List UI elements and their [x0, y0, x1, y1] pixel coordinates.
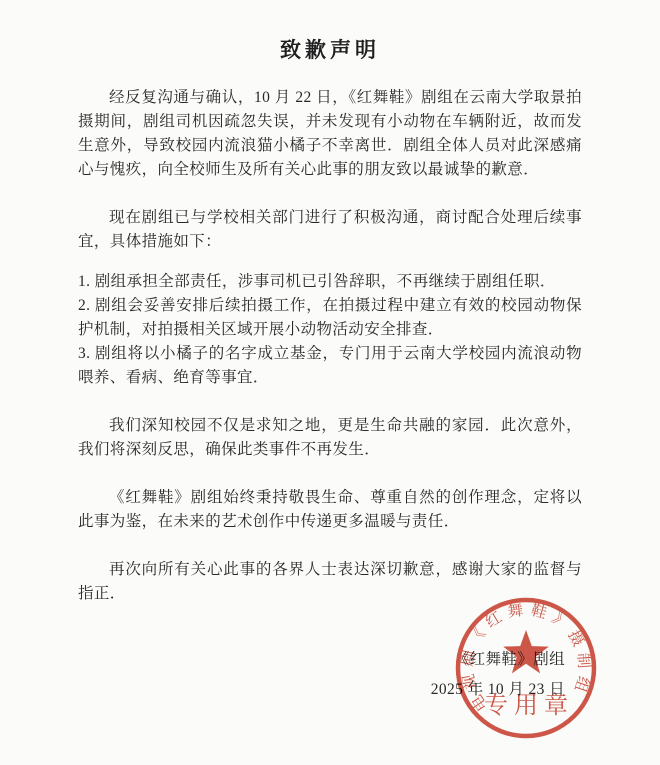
- document-title-text: 致歉声明: [280, 38, 380, 62]
- reflection-paragraph: 我们深知校园不仅是求知之地，更是生命共融的家园．此次意外，我们将深刻反思，确保此…: [78, 414, 582, 462]
- signature-block: 《红舞鞋》剧组 2025 年 10 月 23 日: [431, 645, 565, 705]
- measures-lead-paragraph: 现在剧组已与学校相关部门进行了积极沟通，商讨配合处理后续事宜，具体措施如下：: [78, 206, 582, 254]
- measure-item-3: 3. 剧组将以小橘子的名字成立基金，专门用于云南大学校园内流浪动物喂养、看病、绝…: [78, 342, 582, 390]
- apology-document-page: 致歉声明 经反复沟通与确认，10 月 22 日，《红舞鞋》剧组在云南大学取景拍摄…: [0, 0, 660, 765]
- apology-paragraph-intro: 经反复沟通与确认，10 月 22 日，《红舞鞋》剧组在云南大学取景拍摄期间，剧组…: [78, 86, 582, 182]
- document-title: 致歉声明: [78, 34, 582, 64]
- measure-item-2: 2. 剧组会妥善安排后续拍摄工作，在拍摄过程中建立有效的校园动物保护机制，对拍摄…: [78, 294, 582, 342]
- measures-list: 1. 剧组承担全部责任，涉事司机已引咎辞职，不再继续于剧组任职． 2. 剧组会妥…: [78, 270, 582, 390]
- commitment-paragraph: 《红舞鞋》剧组始终秉持敬畏生命、尊重自然的创作理念，定将以此事为鉴，在未来的艺术…: [78, 486, 582, 534]
- signature-name: 《红舞鞋》剧组: [431, 645, 565, 675]
- measure-item-1: 1. 剧组承担全部责任，涉事司机已引咎辞职，不再继续于剧组任职．: [78, 270, 582, 294]
- document-body: 致歉声明 经反复沟通与确认，10 月 22 日，《红舞鞋》剧组在云南大学取景拍摄…: [0, 0, 660, 606]
- signature-date: 2025 年 10 月 23 日: [431, 675, 565, 705]
- closing-apology-paragraph: 再次向所有关心此事的各界人士表达深切歉意，感谢大家的监督与指正．: [78, 558, 582, 606]
